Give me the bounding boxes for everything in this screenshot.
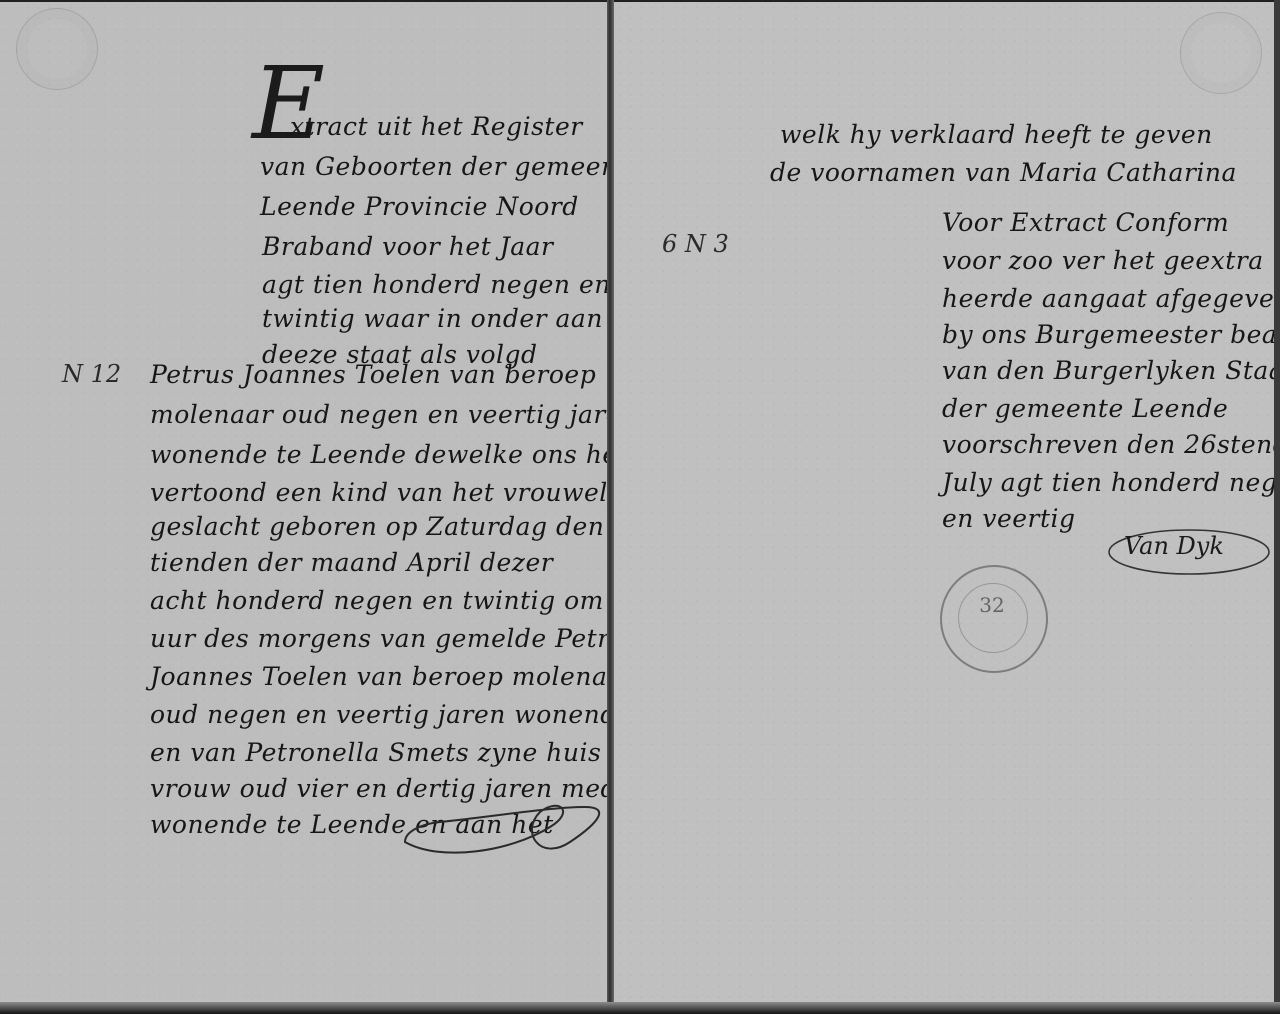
entry-line: vertoond een kind van het vrouwelyk xyxy=(150,478,638,507)
certification-line: Voor Extract Conform xyxy=(942,208,1229,237)
embossed-stamp-icon xyxy=(1180,12,1262,94)
entry-line: acht honderd negen en twintig om een xyxy=(150,586,659,615)
certification-line: der gemeente Leende xyxy=(942,394,1228,423)
heading-line: Leende Provincie Noord xyxy=(260,192,579,221)
certification-line: voorschreven den 26stenden xyxy=(942,430,1280,459)
entry-line: wonende te Leende dewelke ons heeft xyxy=(150,440,653,469)
certification-line: voor zoo ver het geextra xyxy=(942,246,1264,275)
official-seal-icon: 32 xyxy=(940,565,1048,673)
certification-line: van den Burgerlyken Staat xyxy=(942,356,1280,385)
heading-line: twintig waar in onder aan xyxy=(262,304,603,333)
entry-line: molenaar oud negen en veertig jaren xyxy=(150,400,638,429)
document-scan: E xtract uit het Register van Geboorten … xyxy=(0,0,1280,1014)
scan-bottom-edge xyxy=(0,1002,1280,1014)
book-spine xyxy=(607,0,614,1014)
seal-number: 32 xyxy=(942,593,1042,617)
entry-number: N 12 xyxy=(62,360,121,388)
heading-line: van Geboorten der gemeente xyxy=(260,152,644,181)
continuation-line: de voornamen van Maria Catharina xyxy=(770,158,1237,187)
left-page: E xtract uit het Register van Geboorten … xyxy=(0,2,608,1002)
certification-line: July agt tien honderd negen xyxy=(942,468,1280,497)
entry-line: Joannes Toelen van beroep molenaar xyxy=(150,662,635,691)
entry-line: uur des morgens van gemelde Petrus xyxy=(150,624,640,653)
entry-line: tienden der maand April dezer xyxy=(150,548,553,577)
signature-block: Van Dyk xyxy=(1104,522,1274,578)
closing-flourish-icon xyxy=(400,792,620,872)
signature-name: Van Dyk xyxy=(1124,532,1224,560)
entry-line: Petrus Joannes Toelen van beroep xyxy=(150,360,596,389)
continuation-line: welk hy verklaard heeft te geven xyxy=(780,120,1213,149)
certification-line: heerde aangaat afgegeven xyxy=(942,284,1280,313)
entry-line: en van Petronella Smets zyne huis xyxy=(150,738,601,767)
heading-line: agt tien honderd negen en xyxy=(262,270,611,299)
heading-line: Braband voor het Jaar xyxy=(262,232,553,261)
certification-line: en veertig xyxy=(942,504,1076,533)
scan-right-edge xyxy=(1274,0,1280,1014)
embossed-stamp-icon xyxy=(16,8,98,90)
margin-note: 6 N 3 xyxy=(662,230,729,258)
heading-line: xtract uit het Register xyxy=(290,112,583,141)
right-page: welk hy verklaard heeft te geven de voor… xyxy=(614,2,1274,1002)
certification-line: by ons Burgemeester beampte xyxy=(942,320,1280,349)
